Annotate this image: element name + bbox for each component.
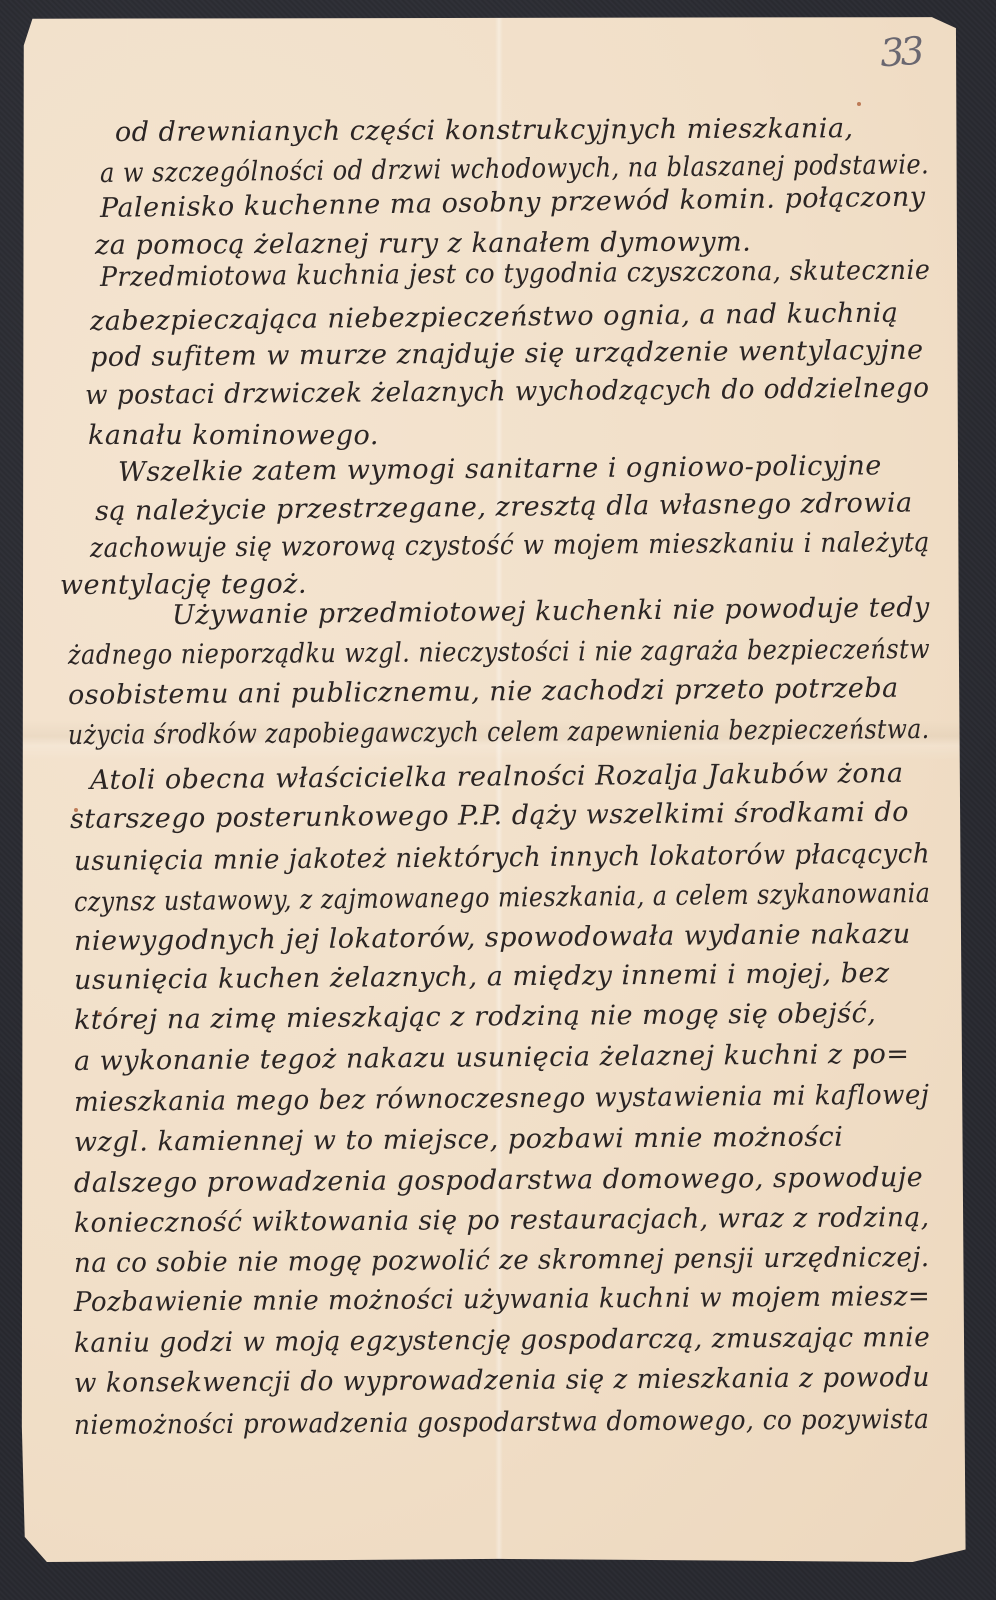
text-line: wentylację tegoż. xyxy=(60,569,307,601)
text-line: usunięcia kuchen żelaznych, a między inn… xyxy=(74,958,890,996)
text-line: w postaci drzwiczek żelaznych wychodzący… xyxy=(85,373,930,411)
text-line: a wykonanie tegoż nakazu usunięcia żelaz… xyxy=(74,1039,910,1077)
text-line: usunięcia mnie jakoteż niektórych innych… xyxy=(74,839,930,877)
text-line: której na zimę mieszkając z rodziną nie … xyxy=(74,998,877,1036)
text-line: starszego posterunkowego P.P. dąży wszel… xyxy=(70,797,909,835)
text-line: Przedmiotowa kuchnia jest co tygodnia cz… xyxy=(100,255,931,293)
text-line: Pozbawienie mnie możności używania kuchn… xyxy=(74,1281,930,1318)
text-line: konieczność wiktowania się po restauracj… xyxy=(74,1202,930,1239)
text-line: wzgl. kamiennej w to miejsce, pozbawi mn… xyxy=(74,1122,844,1158)
text-line: pod sufitem w murze znajduje się urządze… xyxy=(90,335,924,373)
text-line: Palenisko kuchenne ma osobny przewód kom… xyxy=(100,181,926,224)
text-line: Atoli obecna właścicielka realności Roza… xyxy=(90,758,904,796)
text-line: kaniu godzi w moją egzystencję gospodarc… xyxy=(74,1322,930,1359)
text-line: Wszelkie zatem wymogi sanitarne i ogniow… xyxy=(118,450,882,488)
text-line: są należycie przestrzegane, zresztą dla … xyxy=(95,487,913,527)
text-line: dalszego prowadzenia gospodarstwa domowe… xyxy=(74,1162,923,1199)
text-line: użycia środków zapobiegawczych celem zap… xyxy=(68,714,930,751)
text-line: żadnego nieporządku wzgl. nieczystości i… xyxy=(68,634,930,671)
text-line: na co sobie nie mogę pozwolić ze skromne… xyxy=(74,1242,930,1279)
text-line: w konsekwencji do wyprowadzenia się z mi… xyxy=(74,1362,930,1399)
handwritten-text-body: od drewnianych części konstrukcyjnych mi… xyxy=(0,0,996,1600)
text-line: niemożności prowadzenia gospodarstwa dom… xyxy=(74,1404,930,1441)
text-line: czynsz ustawowy, z zajmowanego mieszkani… xyxy=(74,878,931,918)
text-line: za pomocą żelaznej rury z kanałem dymowy… xyxy=(95,227,751,261)
text-line: zabezpieczająca niebezpieczeństwo ognia,… xyxy=(90,298,899,337)
text-line: od drewnianych części konstrukcyjnych mi… xyxy=(115,113,854,148)
text-line: zachowuje się wzorową czystość w mojem m… xyxy=(90,527,930,564)
text-line: osobistemu ani publicznemu, nie zachodzi… xyxy=(68,673,899,711)
text-line: niewygodnych jej lokatorów, spowodowała … xyxy=(74,919,911,957)
text-line: mieszkania mego bez równoczesnego wystaw… xyxy=(74,1080,930,1118)
text-line: Używanie przedmiotowej kuchenki nie powo… xyxy=(172,592,930,631)
text-line: kanału kominowego. xyxy=(88,420,379,451)
